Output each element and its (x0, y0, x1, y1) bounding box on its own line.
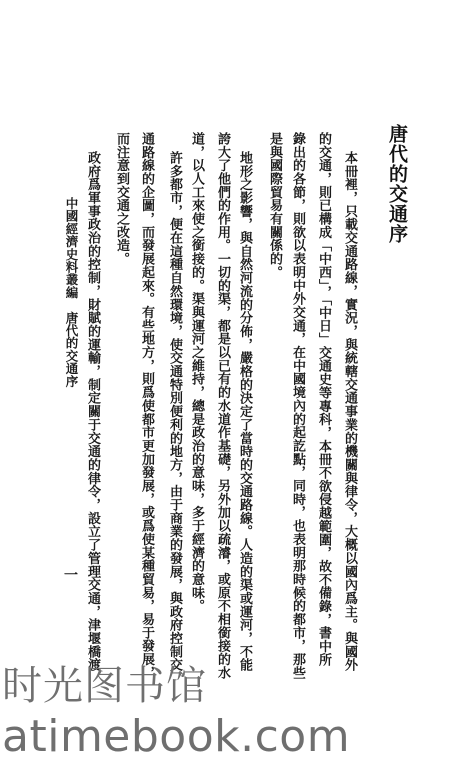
watermark-site: atimebook.com (2, 712, 350, 762)
text-column: 通路線的企圖，而發展起來。有些地方，則爲使都市更加發展，或爲使某種貿易，易于發展… (140, 132, 153, 679)
text-column: 許多都市，便在這種自然環境，使交通特別便利的地方，由于商業的發展，與政府控制交 (168, 151, 181, 672)
text-column: 的交通，則已構成「中西」，「中日」交通史等專科，本冊不欲侵越範圍，故不備錄，書中… (317, 132, 330, 666)
page-number: 一 (64, 565, 78, 585)
watermark-name: 时光图书馆 (2, 664, 207, 708)
text-column: 是與國際貿易有關係的。 (268, 132, 281, 279)
text-column: 地形之影響，與自然河流的分佈，嚴格的決定了當時的交通路線。人造的渠或運河，不能 (238, 151, 251, 672)
book-page: 唐代的交通序 本冊裡，只載交通路線，實況，與統轄交通事業的機關與律令，大概以國內… (0, 0, 474, 660)
page-title: 唐代的交通序 (387, 124, 406, 244)
text-column: 誇大了他們的作用。一切的渠，都是以已有的水道作基礎，另外加以疏濬，或原不相銜接的… (216, 132, 229, 679)
text-column: 道，以人工來使之銜接的。渠與運河之維持，總是政治的意味，多于經濟的意味。 (190, 132, 203, 613)
running-footer: 中國經濟史料叢編 唐代的交通序 (65, 197, 78, 388)
text-column: 政府爲軍事政治的控制，財賦的運輸，制定關于交通的律令，設立了管理交通，津堰橋渡 (86, 151, 99, 672)
text-column: 而注意到交通之改造。 (115, 132, 128, 266)
text-column: 錄出的各節，則欲以表明中外交通，在中國境內的起訖點，同時，也表明那時候的都市，那… (291, 132, 304, 679)
text-column: 本冊裡，只載交通路線，實況，與統轄交通事業的機關與律令，大概以國內爲主。與國外 (343, 151, 356, 672)
